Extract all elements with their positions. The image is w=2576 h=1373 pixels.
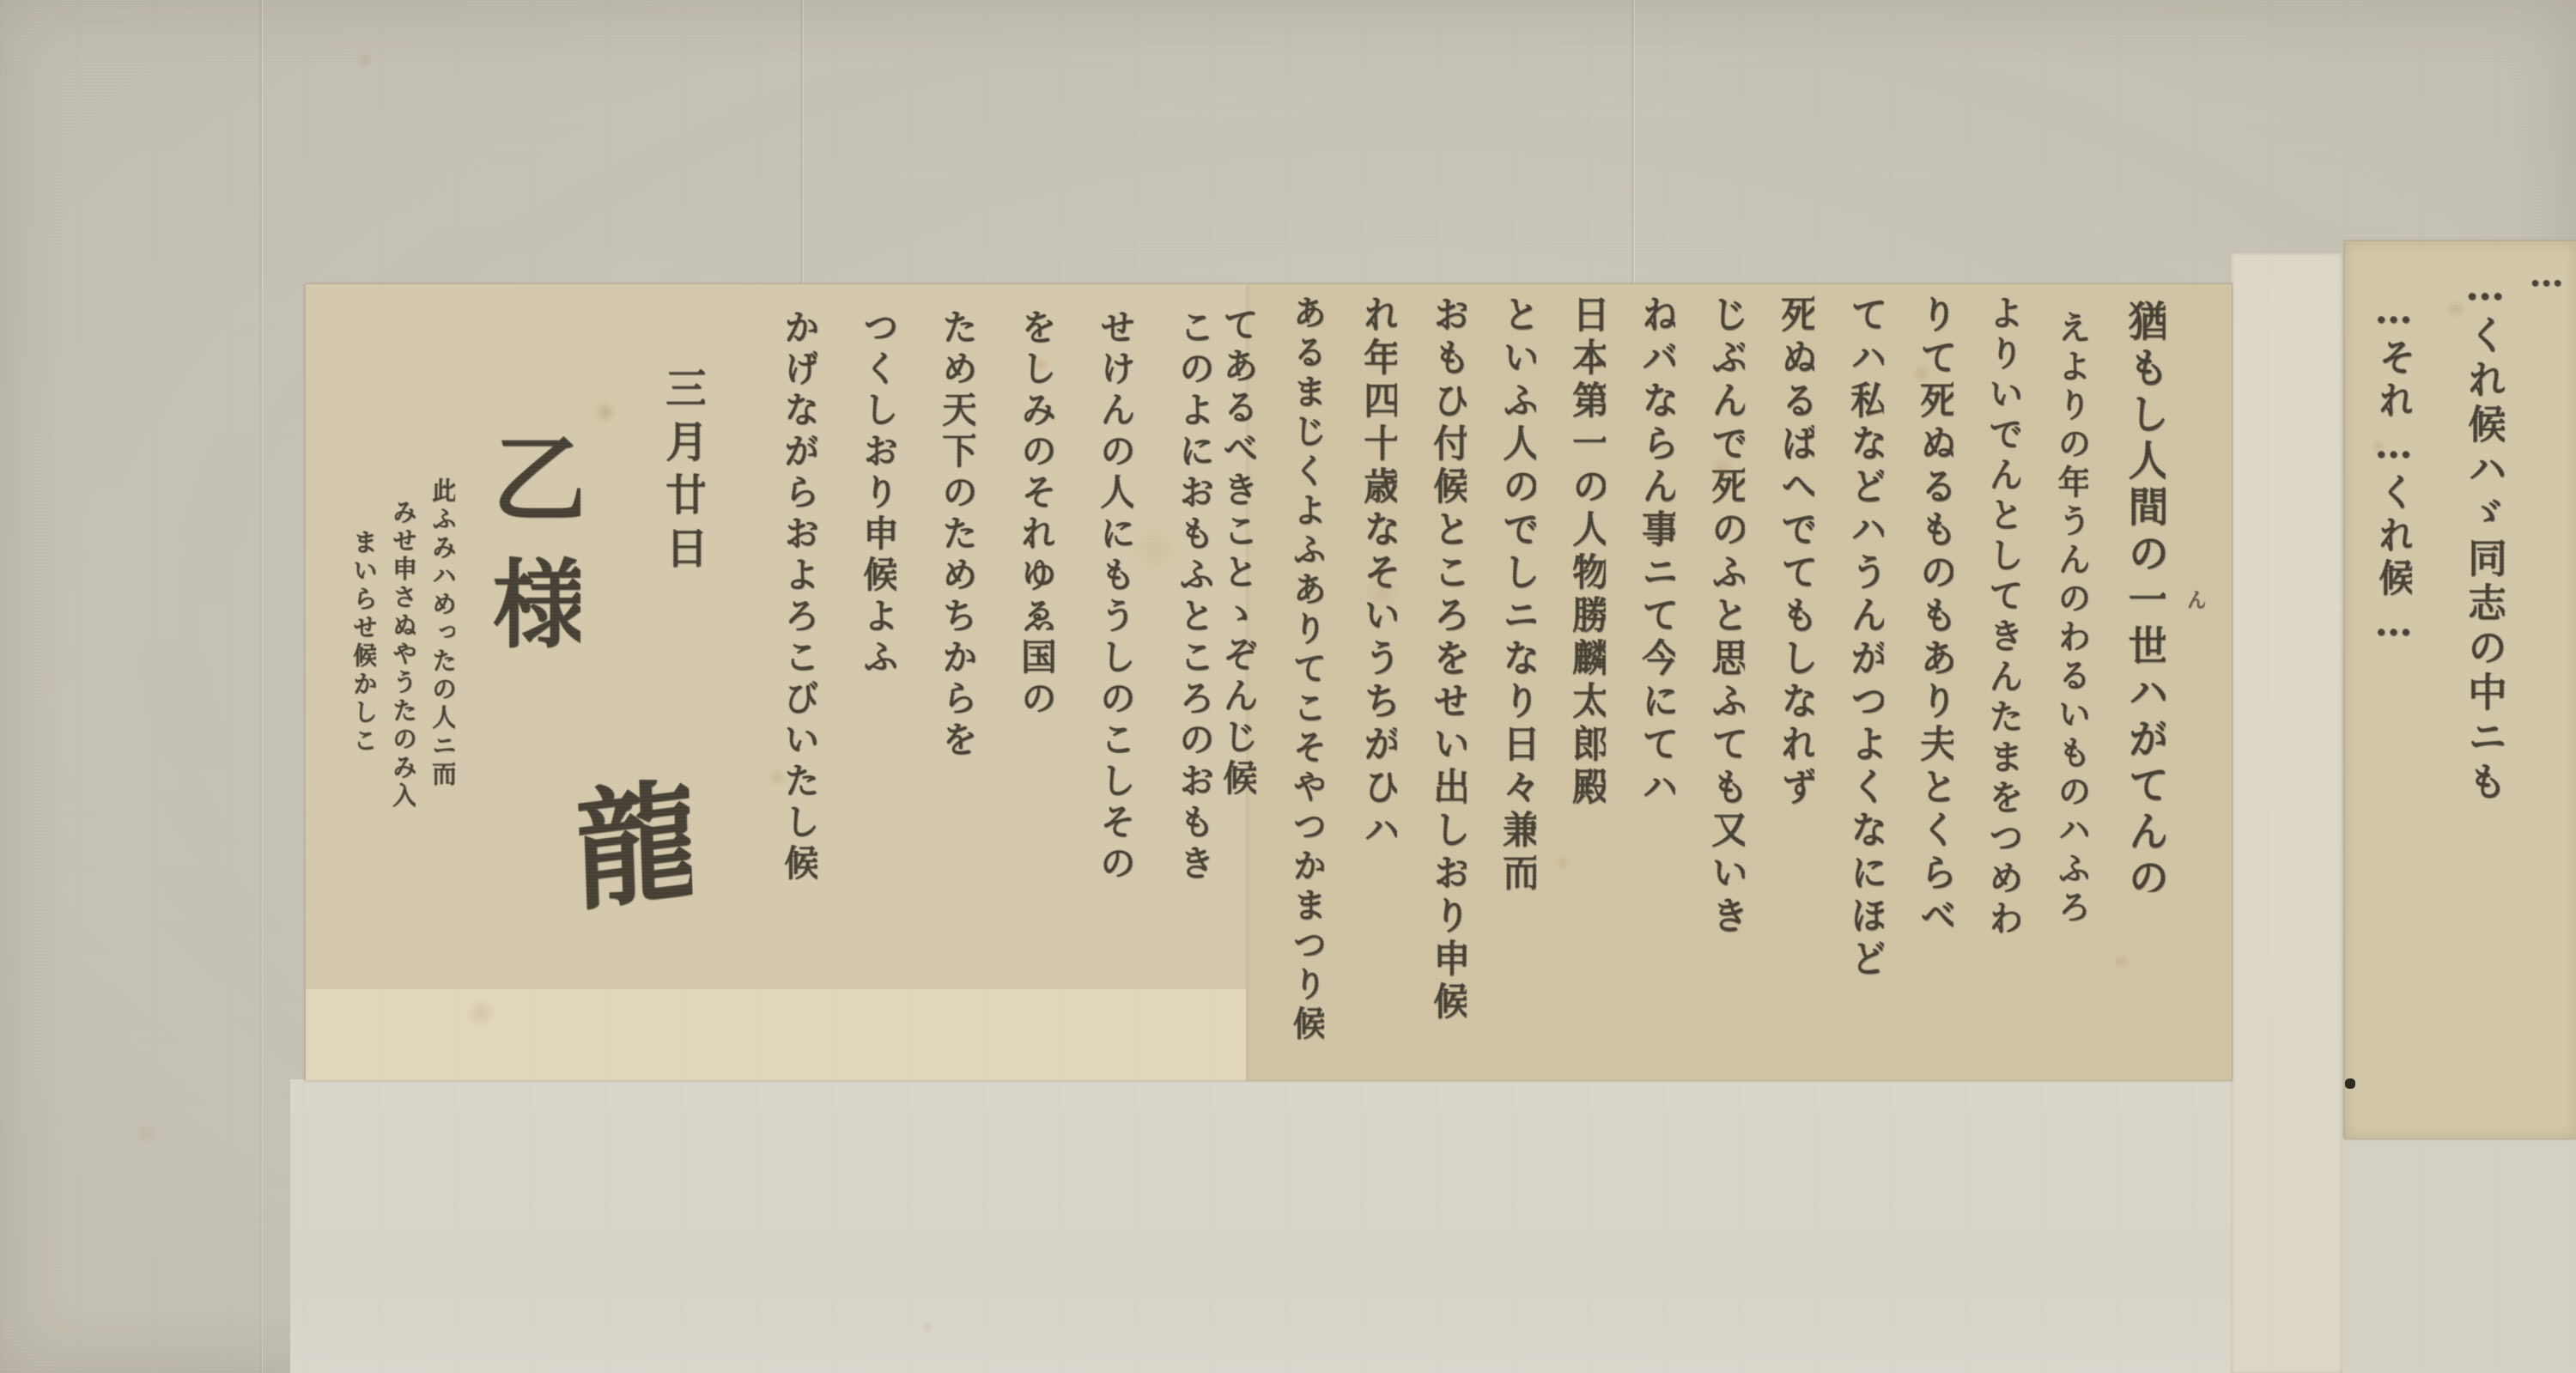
calligraphy-column: …: [2529, 254, 2563, 907]
calligraphy-column: よりいでんとしてきんたまをつめわ: [1985, 295, 2020, 1069]
calligraphy-column: 日本第一の人物勝麟太郎殿: [1568, 295, 1606, 1069]
bottom-backing-band: [2342, 1138, 2576, 1373]
fox-stain: [134, 1121, 158, 1145]
calligraphy-column: せけんの人にもうしのこしその: [1097, 308, 1133, 991]
calligraphy-column: …それ…くれ候…: [2374, 289, 2412, 1053]
date-column: 三月廿日: [662, 366, 705, 705]
calligraphy-column: …くれ候ハゞ同志の中ニも: [2465, 263, 2505, 1109]
calligraphy-column: てハ私などハうんがつよくなにほど: [1846, 295, 1884, 1069]
calligraphy-column: じぶんで死のふと思ふても又いき: [1707, 295, 1745, 1069]
calligraphy-column: をしみのそれゆゑ国の: [1018, 308, 1054, 961]
bottom-backing-band: [290, 1079, 2233, 1373]
scroll-photo-canvas: 猶もし人間の一世ハがてんのゆかぬえよりの年うんのわるいものハふろよりいでんとして…: [0, 0, 2576, 1373]
postscript-column: みせ申さぬやうたのみ入: [385, 499, 416, 963]
calligraphy-column: りて死ぬるものもあり夫とくらべ: [1916, 295, 1953, 1069]
calligraphy-column: ねバならん事ニて今にてハ: [1637, 295, 1675, 1016]
calligraphy-column: おもひ付候ところをせい出しおり申候: [1429, 295, 1467, 1069]
signature-kao: 龍: [578, 771, 699, 1078]
letter-sheet: 猶もし人間の一世ハがてんのゆかぬえよりの年うんのわるいものハふろよりいでんとして…: [305, 283, 2233, 1081]
postscript-column: まいらせ候かしこ: [345, 529, 376, 941]
calligraphy-column: 猶もし人間の一世ハがてんのゆかぬ: [2124, 300, 2166, 892]
calligraphy-column: 死ぬるばへでてもしなれず: [1777, 295, 1814, 1033]
calligraphy-column: あるまじくよふありてこそやつかまつり候: [1290, 295, 1324, 1069]
calligraphy-column: てあるべきことゝぞんじ候: [1220, 306, 1256, 993]
calligraphy-column: れ年四十歳なそいうちがひハ: [1359, 295, 1397, 1069]
calligraphy-column: ため天下のためちからを: [939, 308, 975, 935]
calligraphy-column: えよりの年うんのわるいものハふろ: [2055, 310, 2088, 1070]
mounting-joint-strip: [2231, 253, 2342, 1373]
letter-fragment: ……くれ候ハゞ同志の中ニも…それ…くれ候…: [2344, 240, 2576, 1139]
calligraphy-column: このよにおもふところのおもき: [1176, 308, 1212, 969]
backing-seam: [259, 0, 262, 1373]
postscript-column: 此ふみハめったの人ニ而: [424, 477, 455, 963]
calligraphy-column: といふ人のでしニなり日々兼而: [1498, 295, 1536, 1069]
calligraphy-column: つくしおり申候よふ: [860, 308, 896, 905]
address-name: 乙様: [460, 428, 580, 926]
calligraphy-column: かげながらおよろこびいたし候: [781, 308, 817, 1021]
fox-stain: [356, 52, 374, 69]
interlinear-kana-mark: ん: [2184, 589, 2205, 641]
sheet-crease-band: [306, 988, 1246, 1081]
